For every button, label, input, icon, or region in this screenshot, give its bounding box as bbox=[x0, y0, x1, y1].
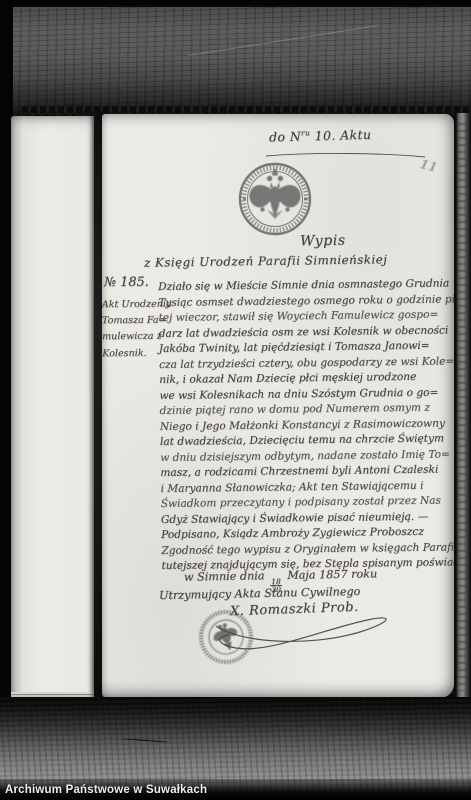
body-text: Działo się w Mieście Simnie dnia osmnast… bbox=[158, 277, 454, 575]
date-rest: Maja 1857 roku bbox=[284, 567, 378, 582]
page-number-pencil: 11 bbox=[418, 156, 439, 175]
document-subtitle: z Księgi Urodzeń Parafii Simnieńskiej bbox=[144, 252, 387, 269]
document-page: do Nru 10. Aktu 11 bbox=[102, 114, 454, 698]
archival-scan-photo: do Nru 10. Aktu 11 bbox=[0, 0, 471, 800]
reference-note-rest: 10. Aktu bbox=[310, 127, 371, 144]
left-page-edge bbox=[11, 116, 95, 701]
date-prefix: w Simnie dnia bbox=[184, 569, 268, 583]
closing-line: Utrzymujący Akta Stanu Cywilnego bbox=[159, 585, 361, 602]
imperial-eagle-revenue-stamp-icon bbox=[237, 161, 313, 237]
act-number: № 185. bbox=[104, 275, 149, 290]
document-title: Wypis bbox=[300, 233, 346, 250]
reference-note: do Nru 10. Aktu bbox=[269, 127, 372, 145]
reference-note-prefix: do N bbox=[269, 129, 301, 145]
right-page-stack-edge bbox=[454, 113, 471, 701]
book-top-board bbox=[13, 5, 471, 117]
archive-watermark: Archiwum Państwowe w Suwałkach bbox=[5, 784, 207, 796]
reference-note-underline bbox=[265, 151, 427, 160]
